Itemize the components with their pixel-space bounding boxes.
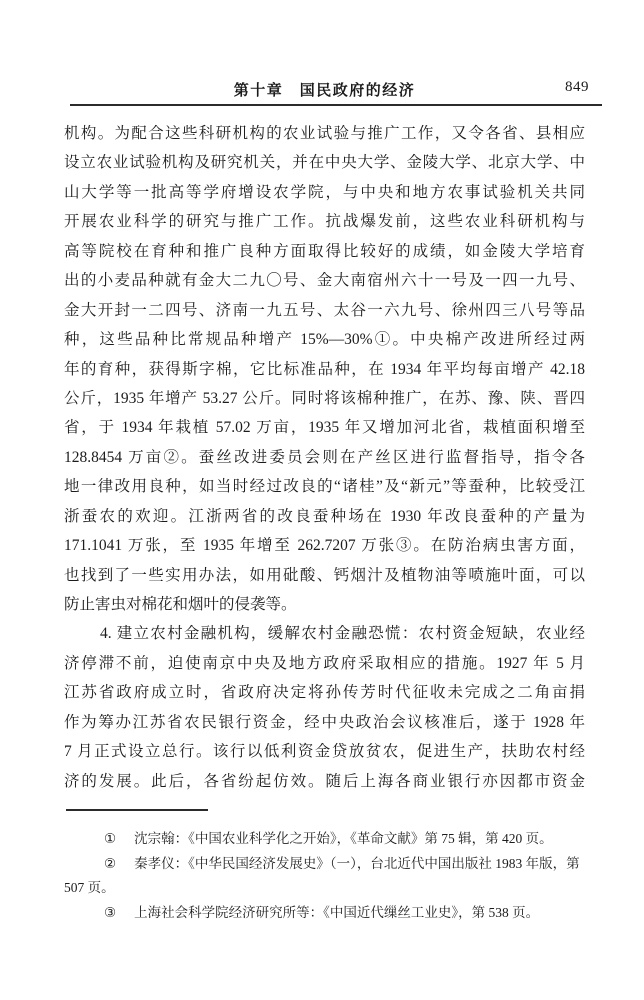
chapter-title: 第十章 国民政府的经济	[64, 79, 585, 100]
body-line: 出的小麦品种就有金大二九〇号、金大南宿州六十一号及一四一九号、	[64, 266, 585, 295]
footnote-text: 秦孝仪：《中华民国经济发展史》（一），台北近代中国出版社 1983 年版，第	[134, 856, 580, 871]
body-line: 7 月正式设立总行。该行以低利资金贷放贫农，促进生产，扶助农村经	[64, 737, 585, 766]
footnote-2: ②秦孝仪：《中华民国经济发展史》（一），台北近代中国出版社 1983 年版，第	[64, 852, 585, 877]
body-line: 省，于 1934 年栽植 57.02 万亩，1935 年又增加河北省，栽植面积增…	[64, 413, 585, 442]
footnote-text: 上海社会科学院经济研究所等：《中国近代缫丝工业史》，第 538 页。	[134, 905, 539, 920]
body-line: 128.8454 万亩②。蚕丝改进委员会则在产丝区进行监督指导，指令各	[64, 443, 585, 472]
body-line: 济的发展。此后，各省纷起仿效。随后上海各商业银行亦因都市资金	[64, 767, 585, 796]
body-line: 年的育种，获得斯字棉，它比标准品种，在 1934 年平均每亩增产 42.18	[64, 355, 585, 384]
body-line-paragraph-start: 4. 建立农村金融机构，缓解农村金融恐慌：农村资金短缺，农业经	[64, 619, 585, 648]
footnote-marker-2: ②	[104, 856, 116, 871]
footnote-separator-rule	[66, 809, 208, 811]
book-page: 第十章 国民政府的经济 849 机构。为配合这些科研机构的农业试验与推广工作，又…	[0, 0, 644, 1000]
footnote-2-continuation: 507 页。	[64, 876, 585, 901]
body-line-paragraph-end: 防止害虫对棉花和烟叶的侵袭等。	[64, 590, 585, 619]
body-line: 171.1041 万张，至 1935 年增至 262.7207 万张③。在防治病…	[64, 531, 585, 560]
body-line: 机构。为配合这些科研机构的农业试验与推广工作，又令各省、县相应	[64, 119, 585, 148]
page-number: 849	[565, 79, 589, 96]
header-rule	[70, 104, 602, 106]
body-line: 江苏省政府成立时，省政府决定将孙传芳时代征收未完成之二角亩捐	[64, 678, 585, 707]
body-line: 高等院校在育种和推广良种方面取得比较好的成绩，如金陵大学培育	[64, 237, 585, 266]
body-line: 金大开封一二四号、济南一九五号、太谷一六九号、徐州四三八号等品	[64, 296, 585, 325]
footnote-3: ③上海社会科学院经济研究所等：《中国近代缫丝工业史》，第 538 页。	[64, 901, 585, 926]
body-line: 作为筹办江苏省农民银行资金，经中央政治会议核准后，遂于 1928 年	[64, 708, 585, 737]
body-line: 种，这些品种比常规品种增产 15%—30%①。中央棉产改进所经过两	[64, 325, 585, 354]
footnote-marker-1: ①	[104, 831, 116, 846]
body-text: 机构。为配合这些科研机构的农业试验与推广工作，又令各省、县相应 设立农业试验机构…	[64, 119, 585, 796]
body-line: 山大学等一批高等学府增设农学院，与中央和地方农事试验机关共同	[64, 178, 585, 207]
footnote-text: 沈宗翰：《中国农业科学化之开始》，《革命文献》第 75 辑，第 420 页。	[134, 831, 553, 846]
body-line: 浙蚕农的欢迎。江浙两省的改良蚕种场在 1930 年改良蚕种的产量为	[64, 502, 585, 531]
body-line: 设立农业试验机构及研究机关，并在中央大学、金陵大学、北京大学、中	[64, 148, 585, 177]
footnote-1: ①沈宗翰：《中国农业科学化之开始》，《革命文献》第 75 辑，第 420 页。	[64, 827, 585, 852]
body-line: 也找到了一些实用办法，如用砒酸、钙烟汁及植物油等喷施叶面，可以	[64, 561, 585, 590]
body-line: 开展农业科学的研究与推广工作。抗战爆发前，这些农业科研机构与	[64, 207, 585, 236]
footnote-marker-3: ③	[104, 905, 116, 920]
footnotes: ①沈宗翰：《中国农业科学化之开始》，《革命文献》第 75 辑，第 420 页。 …	[64, 827, 585, 925]
body-line: 公斤，1935 年增产 53.27 公斤。同时将该棉种推广，在苏、豫、陕、晋四	[64, 384, 585, 413]
body-line: 地一律改用良种，如当时经过改良的“诸桂”及“新元”等蚕种，比较受江	[64, 472, 585, 501]
body-line: 济停滞不前，迫使南京中央及地方政府采取相应的措施。1927 年 5 月	[64, 649, 585, 678]
running-header: 第十章 国民政府的经济 849	[64, 79, 585, 99]
